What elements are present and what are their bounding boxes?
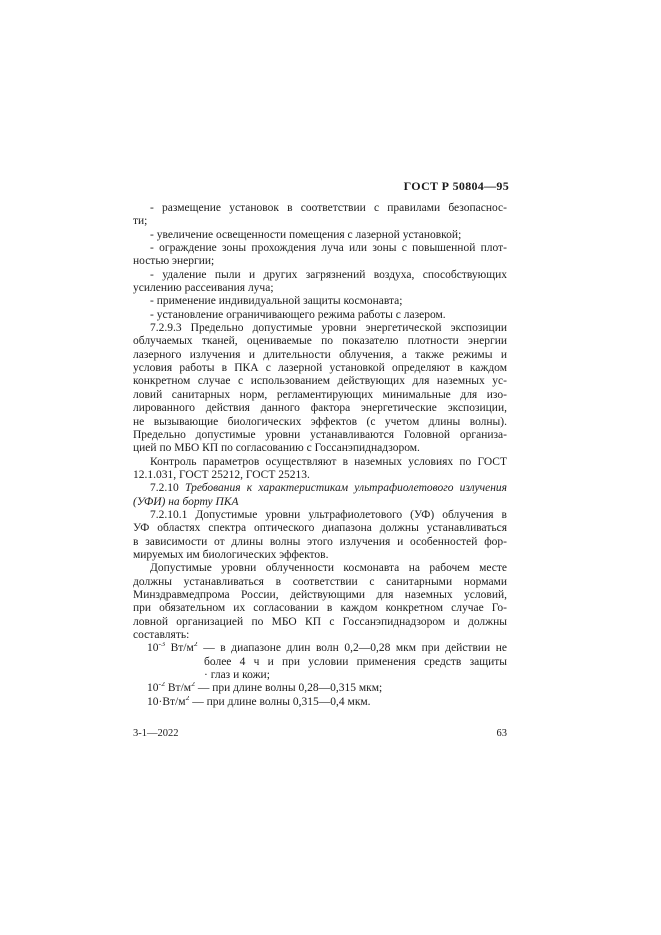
text-line: лированного действия данного фактора эне…	[133, 402, 507, 415]
text-line: ти;	[133, 215, 507, 228]
text-line: - ограждение зоны прохождения луча или з…	[133, 242, 507, 255]
text-line: 10·Вт/м2 — при длине волны 0,315—0,4 мкм…	[133, 696, 507, 709]
document-page: ГОСТ Р 50804—95 - размещение установок в…	[0, 0, 661, 935]
text-line: 12.1.031, ГОСТ 25212, ГОСТ 25213.	[133, 469, 507, 482]
text-line: цией по МБО КП по согласованию с Госсанэ…	[133, 442, 507, 455]
text-line: - размещение установок в соответствии с …	[133, 202, 507, 215]
page-footer: 3-1—2022 63	[133, 728, 507, 739]
text-line: ностью энергии;	[133, 255, 507, 268]
text-line: лазерного излучения и длительности облуч…	[133, 349, 507, 362]
text-line: Допустимые уровни облученности космонавт…	[133, 562, 507, 575]
text-line: - установление ограничивающего режима ра…	[133, 309, 507, 322]
text-line: 10-3 Вт/м2 — в диапазоне длин волн 0,2—0…	[133, 642, 507, 655]
text-line: Минздравмедпрома России, действующими дл…	[133, 589, 507, 602]
text-line: ловной организацией по МБО КП с Госсанэп…	[133, 616, 507, 629]
text-line: более 4 ч и при условии применения средс…	[133, 656, 507, 669]
text-line: облучаемых тканей, оцениваемые по показа…	[133, 335, 507, 348]
text-line: усилению рассеивания луча;	[133, 282, 507, 295]
page-body: - размещение установок в соответствии с …	[133, 202, 507, 709]
text-line: Предельно допустимые уровни устанавливаю…	[133, 429, 507, 442]
text-line: мируемых им биологических эффектов.	[133, 549, 507, 562]
text-line: - применение индивидуальной защиты космо…	[133, 295, 507, 308]
text-line: - увеличение освещенности помещения с ла…	[133, 229, 507, 242]
text-line: условия работы в ПКА с лазерной установк…	[133, 362, 507, 375]
text-line: - удаление пыли и других загрязнений воз…	[133, 269, 507, 282]
text-line: ловий санитарных норм, регламентирующих …	[133, 389, 507, 402]
text-line: 10-2 Вт/м2 — при длине волны 0,28—0,315 …	[133, 682, 507, 695]
text-line: 7.2.10 Требования к характеристикам ульт…	[133, 482, 507, 495]
page-number: 63	[497, 728, 508, 739]
text-line: Контроль параметров осуществляют в назем…	[133, 456, 507, 469]
text-line: 7.2.9.3 Предельно допустимые уровни энер…	[133, 322, 507, 335]
text-line: в зависимости от длины волны этого излуч…	[133, 536, 507, 549]
text-line: · глаз и кожи;	[133, 669, 507, 682]
footer-order-code: 3-1—2022	[133, 728, 179, 739]
text-line: при обязательном их согласовании в каждо…	[133, 602, 507, 615]
text-line: не вызывающие биологических эффектов (с …	[133, 416, 507, 429]
text-line: должны устанавливаться в соответствии с …	[133, 576, 507, 589]
page-header-gost-number: ГОСТ Р 50804—95	[133, 179, 509, 194]
text-line: УФ областях спектра оптического диапазон…	[133, 522, 507, 535]
text-line: составлять:	[133, 629, 507, 642]
text-line: конкретном случае с использованием дейст…	[133, 375, 507, 388]
text-line: 7.2.10.1 Допустимые уровни ультрафиолето…	[133, 509, 507, 522]
text-line: (УФИ) на борту ПКА	[133, 496, 507, 509]
